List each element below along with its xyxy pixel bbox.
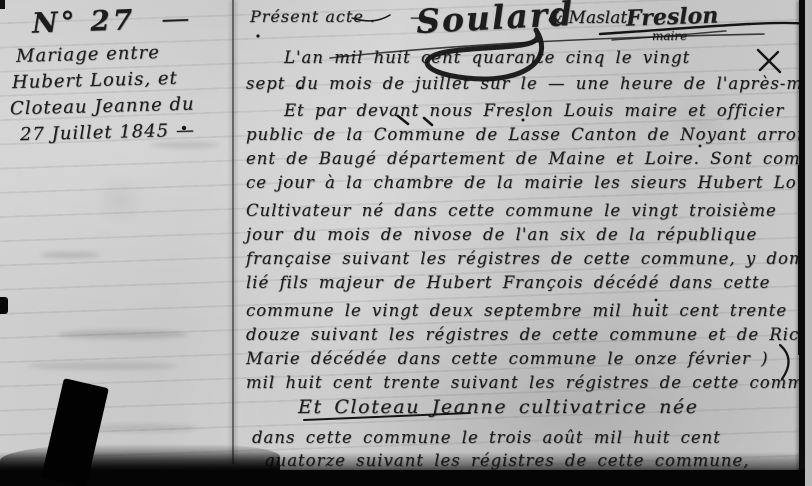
margin-line-2: Hubert Louis, et [12,68,178,93]
body-line: Marie décédée dans cette commune le onze… [246,349,769,368]
body-line: sept du mois de juillet sur le — une heu… [246,74,812,93]
act-body-text: L'an mil huit cent quarante cinq le ving… [246,0,800,486]
body-line: Cultivateur né dans cette commune le vin… [246,201,777,220]
body-line: Et par devant nous Freslon Louis maire e… [284,101,784,120]
body-line: ent de Baugé département de Maine et Loi… [246,149,812,168]
corner-mark [0,0,5,9]
margin-line-3: Cloteau Jeanne du [10,94,195,120]
margin-line-4: 27 Juillet 1845 — [20,120,195,146]
body-line: lié fils majeur de Hubert François décéd… [246,273,770,292]
body-line: public de la Commune de Lasse Canton de … [246,125,812,144]
margin-annotation: N° 27— Mariage entre Hubert Louis, et Cl… [0,0,230,460]
body-line: dans cette commune le trois août mil hui… [252,428,721,447]
body-line: française suivant les régistres de cette… [246,249,812,268]
body-line: mil huit cent trente suivant les régistr… [246,373,812,392]
body-line: jour du mois de nivose de l'an six de la… [246,225,757,244]
next-page-edge [805,0,812,486]
body-line: douze suivant les régistres de cette com… [246,325,812,344]
body-line-bride-intro: Et Cloteau Jeanne cultivatrice née [298,396,699,418]
body-line: L'an mil huit cent quarante cinq le ving… [284,48,690,67]
body-line: ce jour à la chambre de la mairie les si… [246,173,812,192]
page-fold-line [232,0,234,464]
scan-bottom-black [0,470,805,486]
register-page-scan: N° 27— Mariage entre Hubert Louis, et Cl… [0,0,812,486]
left-edge-mark [0,297,8,314]
body-line: commune le vingt deux septembre mil huit… [246,301,787,320]
